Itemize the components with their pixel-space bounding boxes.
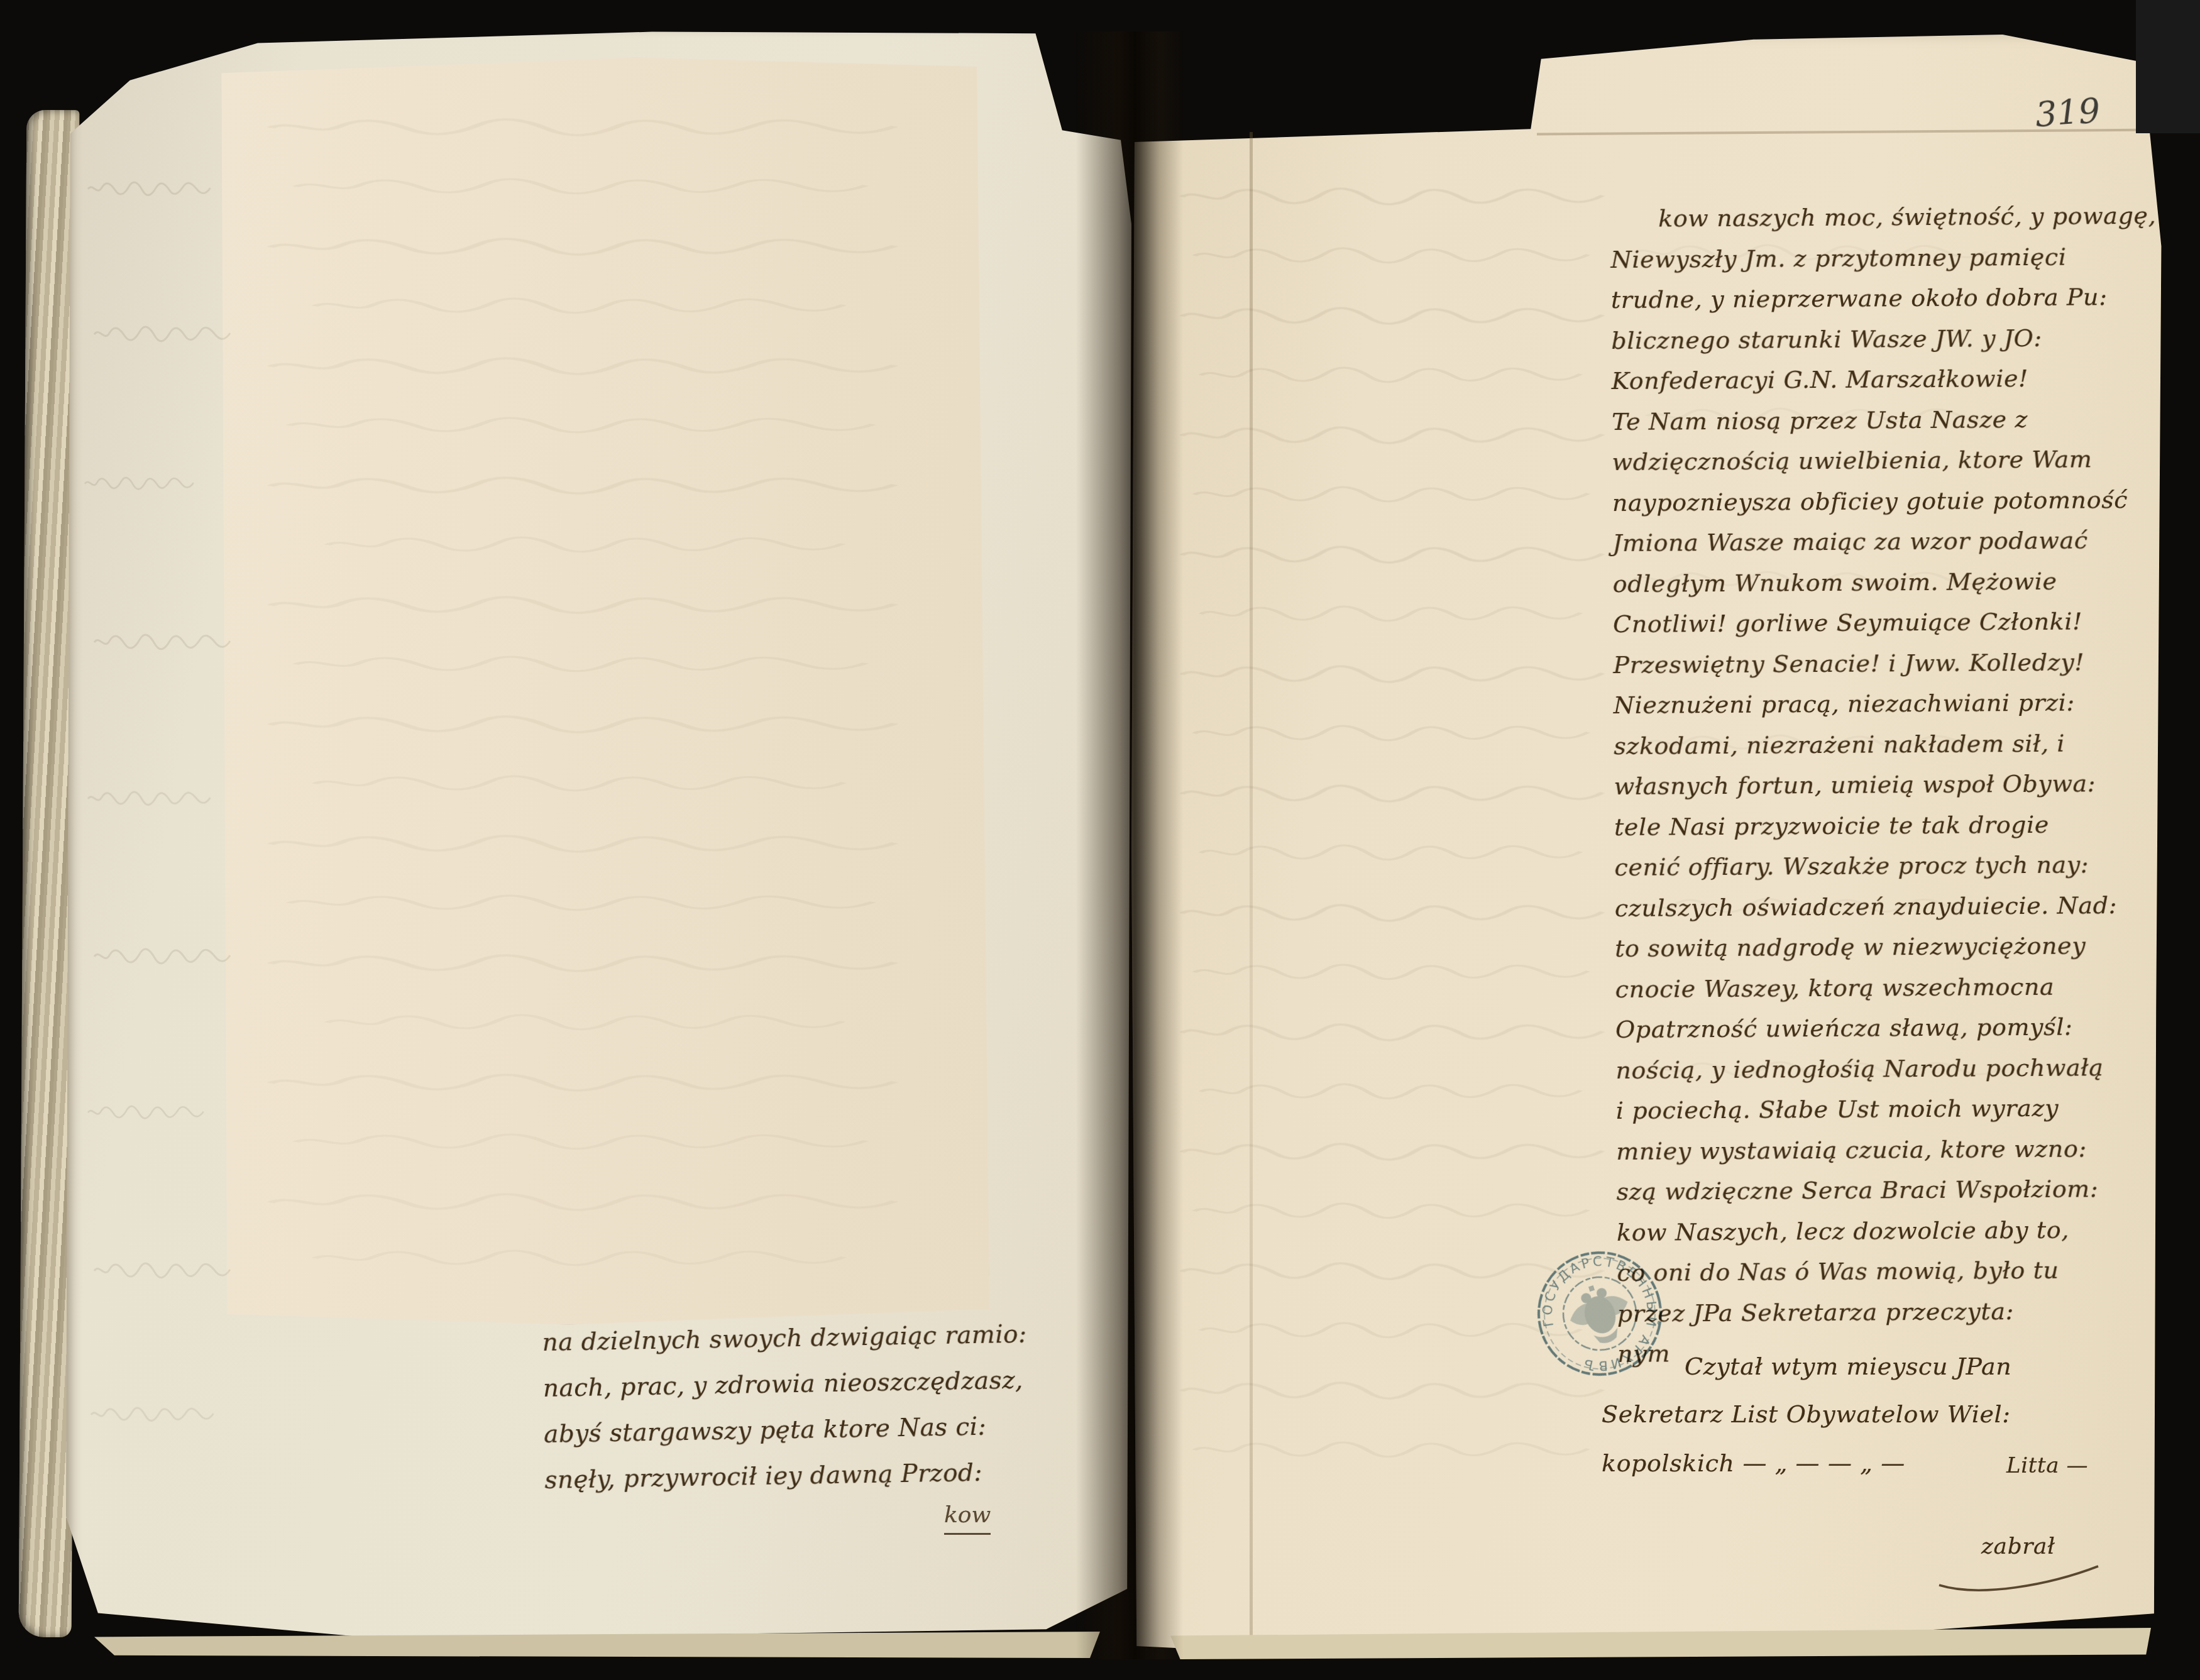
text-line: nach, prac, y zdrowia nieoszczędzasz, — [542, 1356, 1084, 1412]
text-line: czulszych oświadczeń znayduiecie. Nad: — [1615, 885, 2093, 928]
text-line: własnych fortun, umieią wspoł Obywa: — [1614, 763, 2092, 806]
text-line: kow naszych moc, świętność, y powagę, — [1658, 195, 2088, 239]
text-line: mniey wystawiaią czucia, ktore wzno: — [1616, 1128, 2094, 1172]
text-line: kopolskich — „ — — „ — — [1602, 1449, 1905, 1477]
text-line: Niewyszły Jm. z przytomney pamięci — [1610, 236, 2088, 280]
text-line: szą wdzięczne Serca Braci Wspołziom: — [1616, 1168, 2094, 1212]
manuscript-scan: ГОСУДАРСТВЕННЫЙ АРХИВЪ kow naszych moc, … — [0, 0, 2200, 1680]
text-line: wdzięcznością uwielbienia, ktore Wam — [1612, 439, 2089, 482]
right-page-text-column: kow naszych moc, świętność, y powagę, Ni… — [1610, 195, 2095, 1374]
text-line: Konfederacyi G.N. Marszałkowie! — [1612, 358, 2089, 401]
text-line: to sowitą nadgrodę w niezwyciężoney — [1615, 925, 2093, 969]
text-line: Czytał wtym mieyscu JPan — [1685, 1353, 2011, 1380]
text-line: nością, y iednogłośią Narodu pochwałą — [1615, 1047, 2093, 1090]
page-number: 319 — [2034, 91, 2101, 135]
text-line: Nieznużeni pracą, niezachwiani przi: — [1614, 682, 2091, 725]
overlay-sheet-bleedthrough — [270, 119, 895, 1265]
text-line: i pociechą. Słabe Ust moich wyrazy — [1616, 1087, 2094, 1131]
text-line: szkodami, niezrażeni nakładem sił, i — [1614, 723, 2091, 766]
text-line: snęły, przywrocił iey dawną Przod: — [544, 1448, 1086, 1503]
text-line: cnocie Waszey, ktorą wszechmocna — [1615, 966, 2093, 1009]
text-line: odległym Wnukom swoim. Mężowie — [1613, 561, 2091, 604]
text-line: Cnotliwi! gorliwe Seymuiące Członki! — [1613, 601, 2091, 644]
text-line: trudne, y nieprzerwane około dobra Pu: — [1611, 277, 2089, 320]
text-line: kow Naszych, lecz dozwolcie aby to, — [1617, 1209, 2094, 1253]
text-line: tele Nasi przyzwoicie te tak drogie — [1614, 804, 2092, 847]
text-line: cenić offiary. Wszakże procz tych nay: — [1614, 844, 2092, 887]
left-page-text-block: na dzielnych swoych dzwigaiąc ramio: nac… — [542, 1310, 1086, 1503]
catchword-flourish — [1939, 1566, 2098, 1590]
marginal-annotation: Litta — — [2006, 1453, 2088, 1478]
left-margin-bleedthrough — [85, 182, 230, 1420]
dark-corner-card — [2136, 0, 2200, 133]
text-line: Jmiona Wasze maiąc za wzor podawać — [1612, 520, 2090, 563]
text-line: Przeswiętny Senacie! i Jww. Kolledzy! — [1613, 642, 2091, 685]
catchword-right: zabrał — [1981, 1534, 2055, 1559]
book-gutter-shadow — [1076, 31, 1183, 1659]
text-line: Te Nam niosą przez Usta Nasze z — [1612, 398, 2089, 442]
text-line: Opatrzność uwieńcza sławą, pomyśl: — [1615, 1006, 2093, 1050]
text-line: blicznego starunki Wasze JW. y JO: — [1611, 317, 2089, 361]
text-line: Sekretarz List Obywatelow Wiel: — [1602, 1400, 2011, 1428]
text-line: przez JPa Sekretarza przeczyta: — [1617, 1290, 2095, 1334]
text-line: naypoznieysza obficiey gotuie potomność — [1612, 480, 2090, 523]
text-line: co oni do Nas ó Was mowią, było tu — [1617, 1249, 2094, 1293]
catchword-left: kow — [944, 1502, 991, 1535]
